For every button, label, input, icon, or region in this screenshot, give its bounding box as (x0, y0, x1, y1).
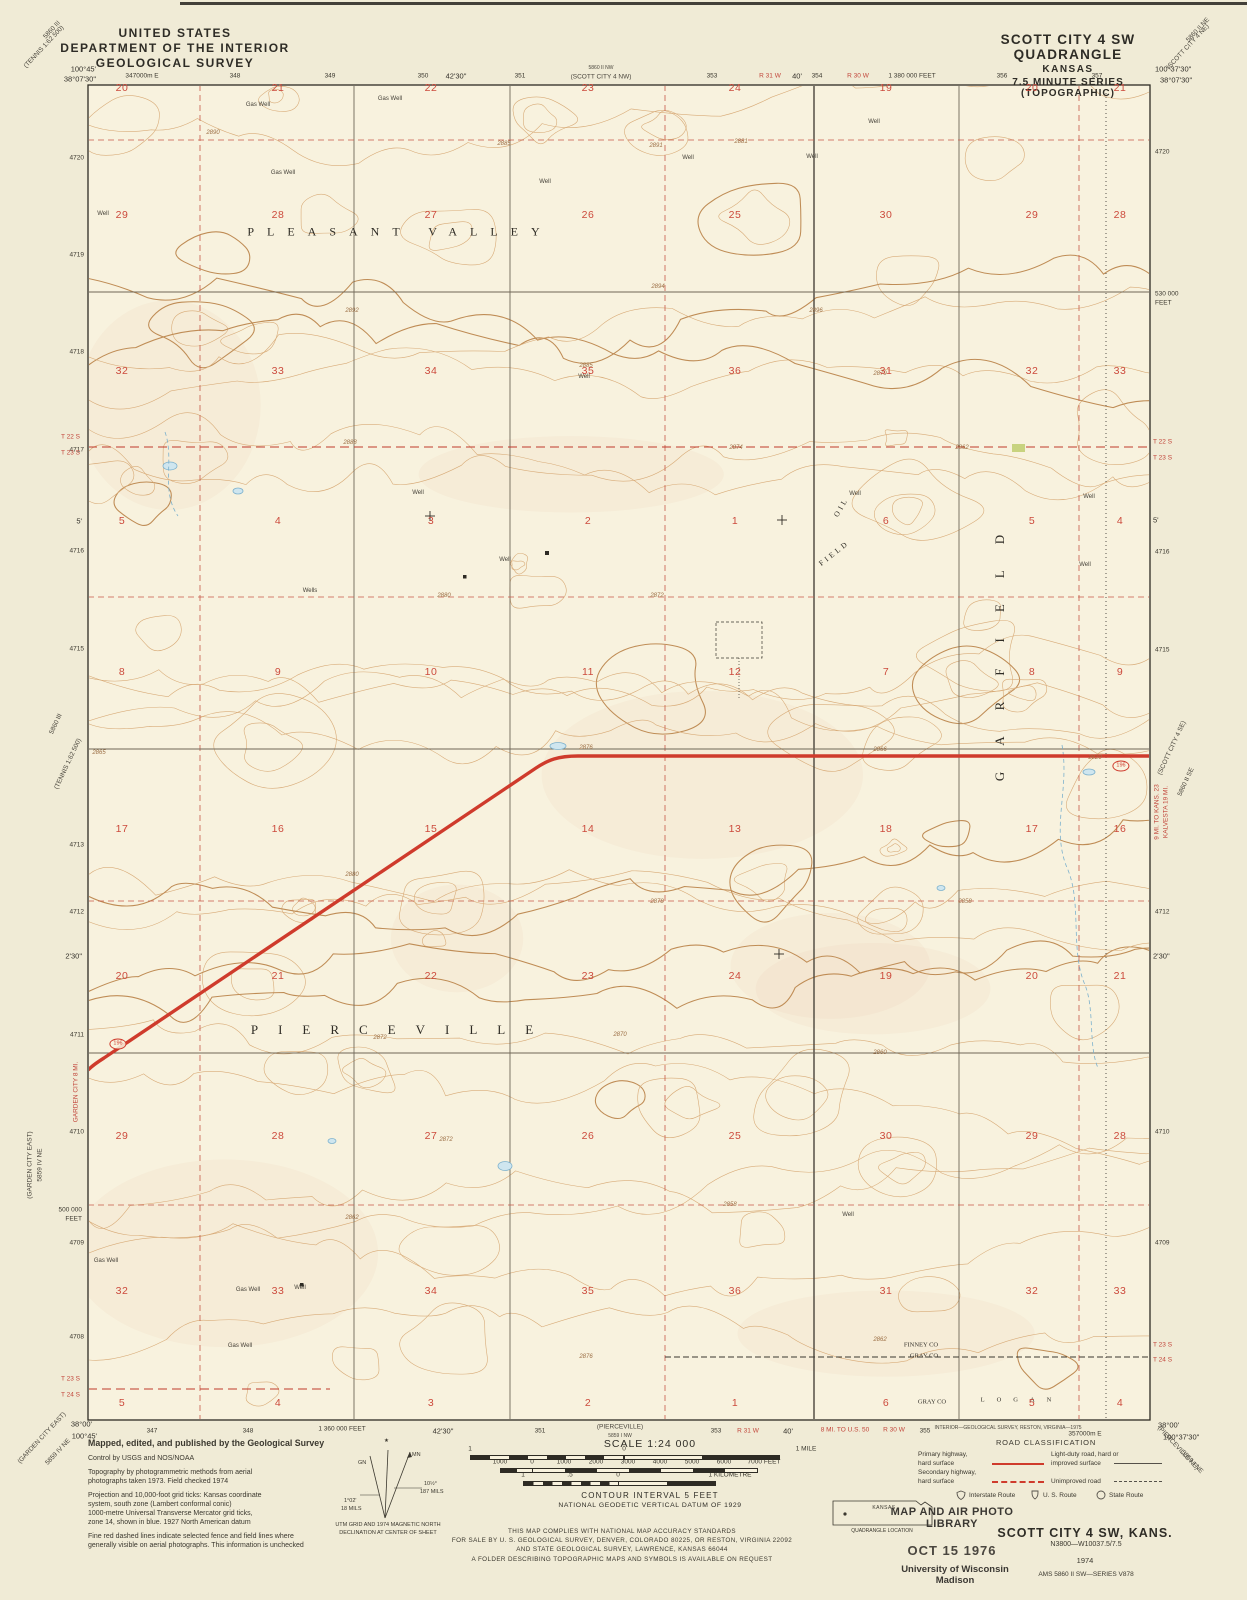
topo-map-sheet: UNITED STATES DEPARTMENT OF THE INTERIOR… (0, 0, 1247, 1600)
light-duty-label: Light-duty road, hard or (1051, 1451, 1119, 1458)
university-stamp-line1: University of Wisconsin (901, 1564, 1009, 1575)
road-class-title: ROAD CLASSIFICATION (996, 1438, 1096, 1447)
declination-diagram: ★ GN MN 1°02' 18 MILS 10½° 187 MILS UTM … (330, 1438, 480, 1538)
state-route-circle-icon (1096, 1490, 1106, 1500)
magnetic-north-label: MN (412, 1452, 421, 1458)
mn-mils: 187 MILS (420, 1489, 444, 1495)
gn-angle: 1°02' (344, 1498, 356, 1504)
sheet-year: 1974 (1077, 1556, 1094, 1565)
unimproved-road-label: Unimproved road (1051, 1478, 1101, 1485)
publisher-line: GEOLOGICAL SURVEY (60, 56, 289, 71)
mn-angle: 10½° (424, 1481, 437, 1487)
university-stamp: University of Wisconsin Madison (901, 1564, 1009, 1586)
true-north-star: ★ (384, 1438, 389, 1444)
map-drawing (0, 0, 1247, 1600)
publisher-line: DEPARTMENT OF THE INTERIOR (60, 41, 289, 56)
publisher-line: UNITED STATES (60, 26, 289, 41)
secondary-highway-label: Secondary highway, (918, 1469, 976, 1476)
text-line: generally visible on aerial photographs.… (88, 1541, 388, 1550)
declination-caption1: UTM GRID AND 1974 MAGNETIC NORTH (335, 1522, 440, 1528)
text-line: A FOLDER DESCRIBING TOPOGRAPHIC MAPS AND… (452, 1555, 792, 1564)
unimproved-road-sample (1114, 1481, 1162, 1482)
text-line: AND STATE GEOLOGICAL SURVEY, LAWRENCE, K… (452, 1545, 792, 1554)
date-stamp: OCT 15 1976 (907, 1543, 996, 1558)
text-line: FOR SALE BY U. S. GEOLOGICAL SURVEY, DEN… (452, 1536, 792, 1545)
state-route-label: State Route (1109, 1492, 1143, 1499)
grid-north-label: GN (358, 1460, 366, 1466)
light-duty-sample (1114, 1463, 1162, 1464)
university-stamp-line2: Madison (901, 1575, 1009, 1586)
sheet-name: SCOTT CITY 4 SW, KANS. (997, 1526, 1172, 1540)
text-line: THIS MAP COMPLIES WITH NATIONAL MAP ACCU… (452, 1527, 792, 1536)
sheet-series: AMS 5860 II SW—SERIES V878 (1038, 1571, 1133, 1578)
declination-caption2: DECLINATION AT CENTER OF SHEET (339, 1530, 437, 1536)
sale-note: THIS MAP COMPLIES WITH NATIONAL MAP ACCU… (452, 1527, 792, 1564)
quad-state: KANSAS (979, 64, 1158, 75)
sheet-coordinates: N3800—W10037.5/7.5 (1050, 1541, 1121, 1548)
quadrangle-heading: SCOTT CITY 4 SW QUADRANGLE KANSAS 7.5 MI… (979, 32, 1158, 99)
quad-series: 7.5 MINUTE SERIES (TOPOGRAPHIC) (979, 77, 1158, 99)
primary-highway-sample (992, 1463, 1044, 1465)
secondary-highway-label2: hard surface (918, 1478, 954, 1485)
secondary-highway-sample (992, 1481, 1044, 1483)
vegetation-patch (1012, 444, 1025, 452)
library-stamp-line1: MAP AND AIR PHOTO (891, 1506, 1014, 1518)
publisher-heading: UNITED STATES DEPARTMENT OF THE INTERIOR… (60, 26, 289, 71)
library-stamp-line2: LIBRARY (891, 1518, 1014, 1530)
library-stamp: MAP AND AIR PHOTO LIBRARY (891, 1506, 1014, 1530)
primary-highway-label2: hard surface (918, 1460, 954, 1467)
light-duty-label2: improved surface (1051, 1460, 1101, 1467)
interstate-shield-icon (956, 1490, 966, 1500)
us-route-shield-icon (1030, 1490, 1040, 1500)
primary-highway-label: Primary highway, (918, 1451, 967, 1458)
quad-title: SCOTT CITY 4 SW QUADRANGLE (979, 32, 1158, 62)
interstate-route-label: Interstate Route (969, 1492, 1015, 1499)
gn-mils: 18 MILS (341, 1506, 361, 1512)
scan-edge (180, 2, 1247, 5)
us-route-label: U. S. Route (1043, 1492, 1077, 1499)
